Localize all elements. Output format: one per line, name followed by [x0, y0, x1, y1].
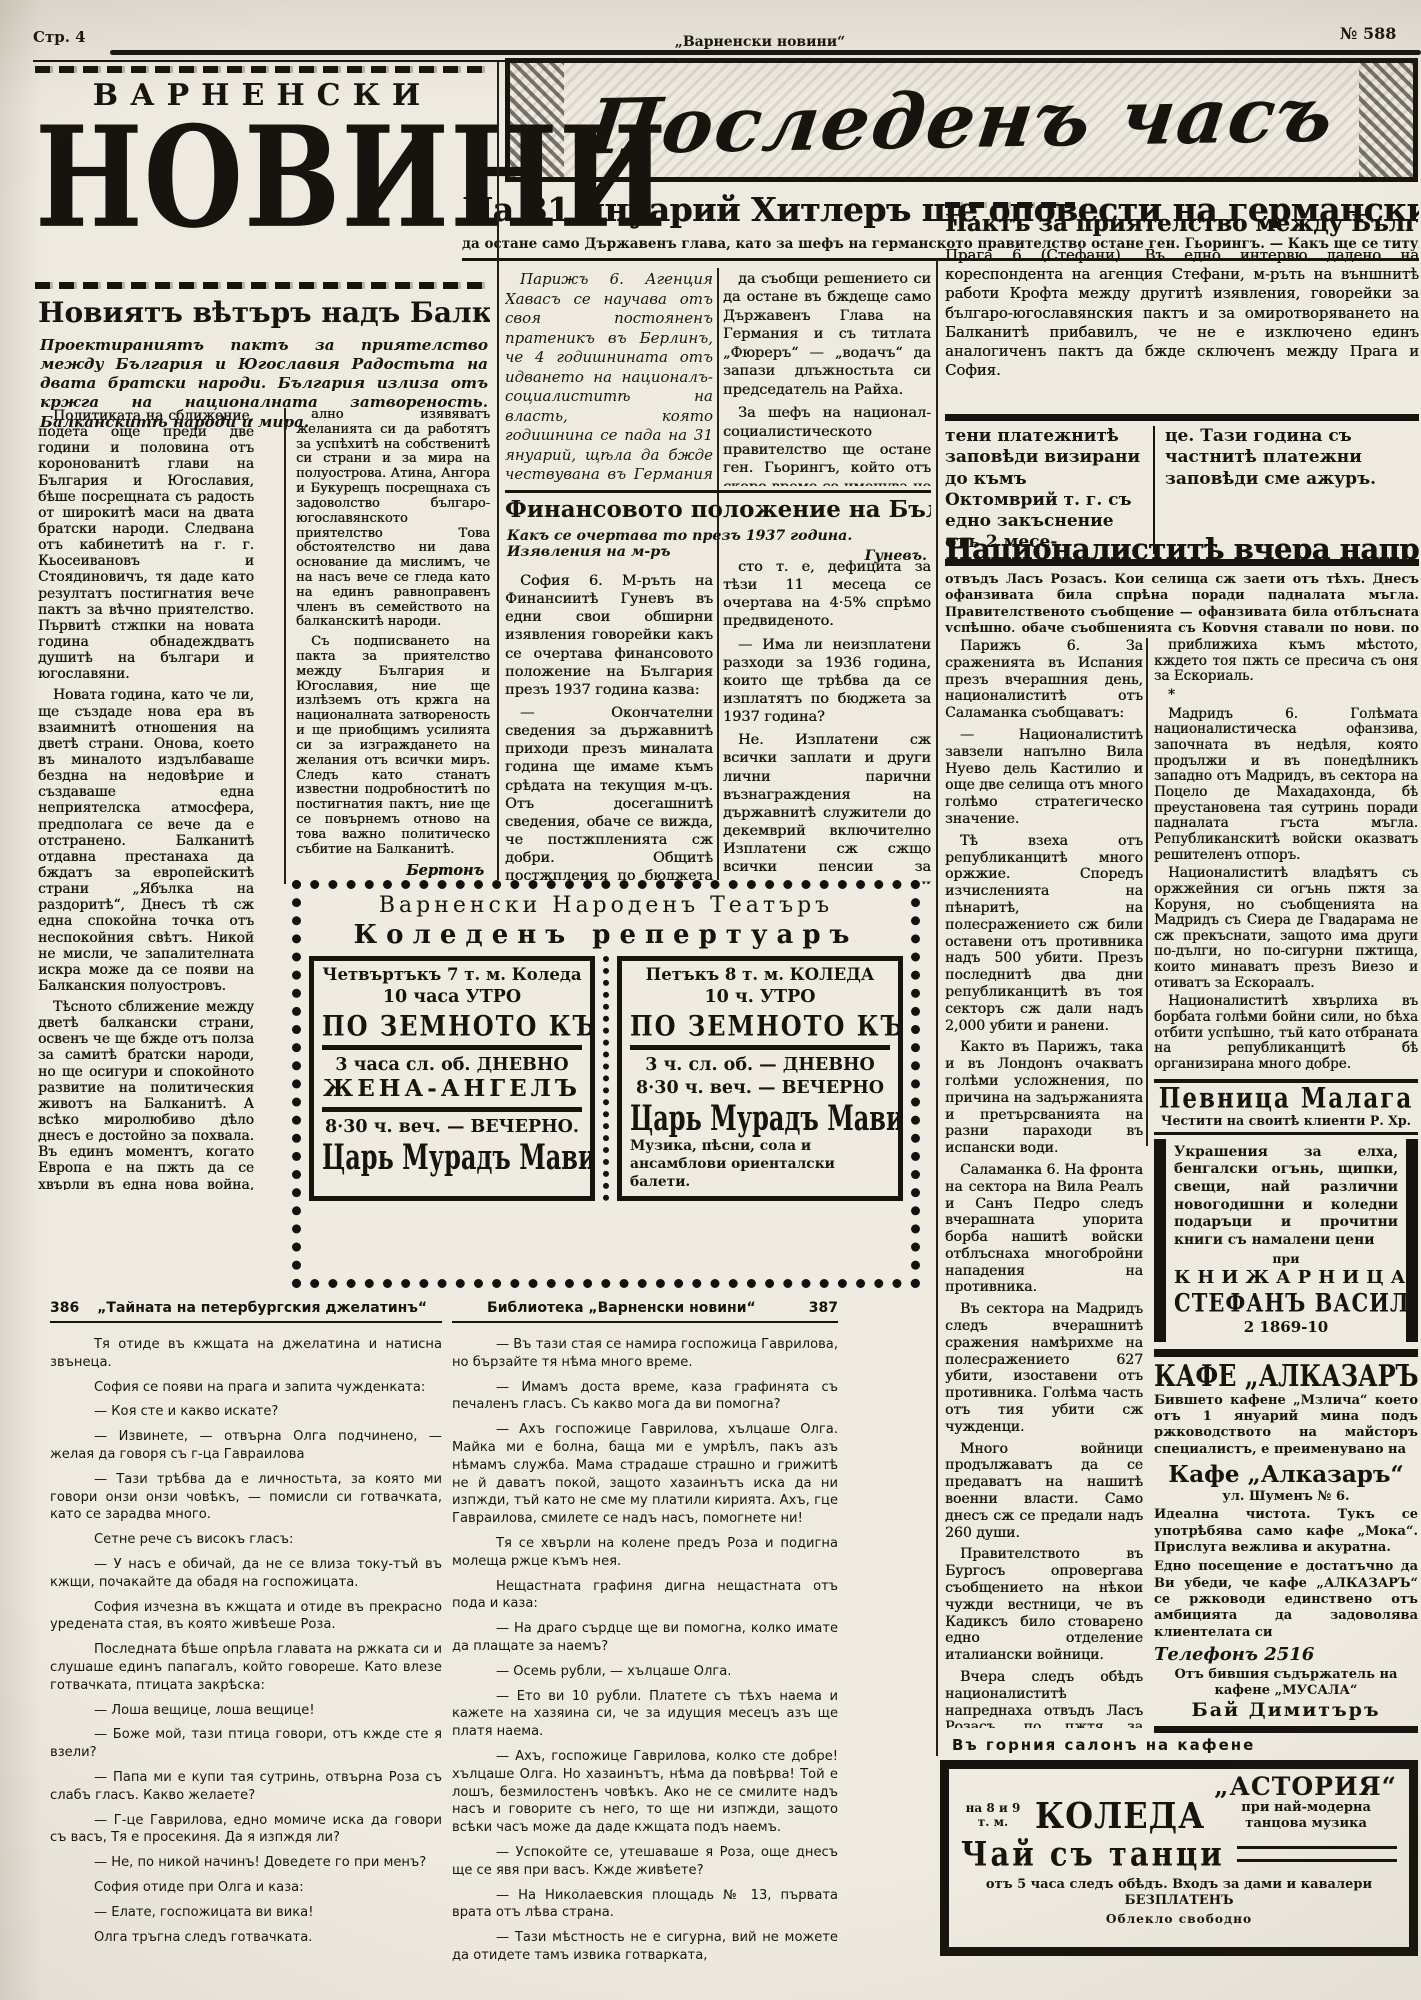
astoria-main-title: Чай съ танци [961, 1834, 1225, 1873]
left-article-headline: Новиятъ вѣтъръ надъ Балканитѣ [38, 296, 490, 329]
paragraph: — Ахъ, госпожице Гаврилова, колко сте до… [452, 1748, 838, 1837]
astoria-main-row: Чай съ танци [961, 1837, 1397, 1871]
paragraph: — Г-це Гаврилова, едно момиче иска да го… [50, 1812, 442, 1848]
paragraph: — Коя сте и какво искате? [50, 1403, 442, 1421]
theater-ad-box: Варненски Народенъ Театъръ Коледенъ репе… [292, 880, 920, 1288]
thursday-afternoon-show: ЖЕНА-АНГЕЛЪ [322, 1075, 582, 1102]
bookstore-ad-store: КНИЖАРНИЦА [1174, 1267, 1398, 1288]
friday-morning-time: 10 ч. УТРО [630, 987, 890, 1007]
friday-date: Петъкъ 8 т. м. КОЛЕДА [630, 965, 890, 984]
paragraph: — На Николаевския площадь № 13, първата … [452, 1887, 838, 1923]
paragraph: Нещастната графиня дигна нещастната отъ … [452, 1578, 838, 1614]
bookstore-ad: Украшения за елха, бенгалски огънь, щипк… [1154, 1139, 1418, 1342]
thursday-evening-show: Царь Мурадъ Мави думаше... [322, 1135, 582, 1177]
paris-dispatch-text: Парижъ 6. Агенция Хавасъ се научава отъ … [505, 270, 713, 486]
astoria-ad-box: „АСТОРИЯ“ на 8 и 9 т. м. КОЛЕДА при най-… [940, 1760, 1418, 1956]
friday-afternoon-time: 3 ч. сл. об. — ДНЕВНО [630, 1055, 890, 1075]
thursday-evening-time: 8·30 ч. веч. — ВЕЧЕРНО. [322, 1117, 582, 1137]
cafe-ad-signature-line: Отъ бившия съдържатель на кафене „МУСАЛА… [1154, 1667, 1418, 1698]
paragraph: Не. Изплатени сж всички заплати и други … [723, 731, 931, 884]
finance-headline: Финансовото положение на България [505, 496, 931, 523]
finance-column-2: сто т. е, дефицита за тѣзи 11 месеца се … [723, 558, 931, 884]
paris-dispatch-column: Парижъ 6. Агенция Хавасъ се научава отъ … [505, 270, 713, 486]
theater-friday-panel: Петъкъ 8 т. м. КОЛЕДА 10 ч. УТРО ПО ЗЕМН… [617, 956, 903, 1201]
cafe-ad-address: ул. Шуменъ № 6. [1154, 1489, 1418, 1504]
paragraph: Тѣ взеха отъ републиканцитѣ много оржжие… [945, 833, 1143, 1035]
masthead-ornament-bottom [35, 282, 490, 289]
finance-column-1: София 6. М-ръть на Финансиитѣ Гуневъ въ … [505, 572, 713, 884]
malaga-ad-title: Певница Малага [1154, 1082, 1418, 1114]
running-title: „Варненски новини“ [560, 34, 960, 50]
paragraph: София отиде при Олга и каза: [50, 1879, 442, 1897]
malaga-tavern-ad: Певница Малага Честити на своитѣ клиенти… [1154, 1079, 1418, 1135]
last-hour-banner: Последенъ часъ [505, 58, 1418, 182]
issue-number: № 588 [1340, 24, 1396, 43]
left-article-column-2: ално изявяватъ желанията си да работятъ … [296, 408, 490, 886]
astoria-decorative-lines [1237, 1846, 1397, 1862]
paragraph: Тя се хвърли на колене предъ Роза и поди… [452, 1535, 838, 1571]
paragraph: Мадридъ 6. Голѣмата националистическа оф… [1154, 707, 1418, 864]
serial-library-name: Библиотека „Варненски новини“ [452, 1300, 791, 1316]
paragraph: Националиститѣ владѣятъ съ оржжейния си … [1154, 866, 1418, 991]
paragraph: — Лоша вещице, лоша вещице! [50, 1702, 442, 1720]
paragraph: — Въ тази стая се намира госпожица Гаври… [452, 1336, 838, 1372]
cafe-ad-title: КАФЕ „АЛКАЗАРЪ“ [1154, 1357, 1418, 1393]
column-divider [1146, 638, 1148, 1146]
pact-body: Прага 6 (Стефани). Въ едно интервю даден… [945, 246, 1419, 410]
malaga-ad-greeting: Честити на своитѣ клиенти Р. Хр. [1154, 1113, 1418, 1128]
panel-rule [322, 1045, 582, 1050]
newspaper-page: Стр. 4 „Варненски новини“ № 588 ВАРНЕНСК… [0, 0, 1421, 2000]
serial-right-text: — Въ тази стая се намира госпожица Гаври… [452, 1336, 838, 1965]
cafe-ad-body2: Идеална чистота. Тукъ се употрѣбява само… [1154, 1507, 1418, 1556]
theater-panels: Четвъртъкъ 7 т. м. Коледа 10 часа УТРО П… [309, 956, 903, 1201]
friday-program-note: Музика, пѣсни, сола и ансамблови ориента… [630, 1138, 890, 1192]
astoria-details: отъ 5 часа следъ обѣдъ. Входъ за дами и … [961, 1877, 1397, 1910]
paragraph: — Тази трѣбва да е личностьта, за която … [50, 1471, 442, 1524]
paragraph: Новата година, като че ли, ще създаде но… [38, 687, 254, 994]
cafe-ad-body1: Бившето кафене „Мзлича“ което отъ 1 януа… [1154, 1393, 1418, 1459]
paragraph: — Елате, госпожицата ви вика! [50, 1904, 442, 1922]
left-article-column-2-text: ално изявяватъ желанията си да работятъ … [296, 408, 490, 857]
paragraph: — Извинете, — отвърна Олга подчинено, — … [50, 1428, 442, 1464]
astoria-music-note: при най-модерна танцова музика [1215, 1800, 1397, 1831]
thursday-afternoon-time: 3 часа сл. об. ДНЕВНО [322, 1055, 582, 1075]
paragraph: Въ сектора на Мадридъ следъ вчерашнитѣ с… [945, 1301, 1143, 1435]
serial-right-page-number: 387 [809, 1300, 838, 1316]
paragraph: * [1154, 688, 1418, 704]
bookstore-ad-at: при [1174, 1251, 1398, 1266]
theater-repertoire-title: Коледенъ репертуаръ [309, 920, 903, 950]
paragraph: Правителството въ Бургосъ опровергава съ… [945, 1546, 1143, 1664]
serial-novel-left-page: 386 „Тайната на петербургския джелатинъ“… [50, 1300, 442, 1990]
cafe-alkazar-ad: КАФЕ „АЛКАЗАРЪ“ Бившето кафене „Мзлича“ … [1154, 1349, 1418, 1734]
cafe-ad-phone: Телефонъ 2516 [1154, 1644, 1418, 1665]
serial-left-text: Тя отиде въ кжщата на джелатина и натисн… [50, 1336, 442, 1946]
paragraph: — У насъ е обичай, да не се влиза току-т… [50, 1556, 442, 1592]
paragraph: — Ахъ госпожице Гаврилова, хълцаше Олга.… [452, 1421, 838, 1528]
paragraph: — Имамъ доста време, каза графинята съ п… [452, 1379, 838, 1415]
serial-left-page-number: 386 [50, 1300, 79, 1316]
paragraph: Много войници продължаватъ да се предава… [945, 1441, 1143, 1542]
serial-novel-right-page: Библиотека „Варненски новини“ 387 — Въ т… [452, 1300, 838, 1990]
paragraph: — Успокойте се, утешаваше я Роза, още дн… [452, 1844, 838, 1880]
paragraph: ално изявяватъ желанията си да работятъ … [296, 408, 490, 630]
column-divider [497, 62, 499, 886]
paragraph: София се появи на прага и запита чужденк… [50, 1379, 442, 1397]
thursday-morning-show: ПО ЗЕМНОТО КЪЛБО [322, 1009, 582, 1042]
header-rule [110, 50, 1421, 55]
astoria-dates: на 8 и 9 т. м. [961, 1802, 1025, 1830]
thursday-morning-time: 10 часа УТРО [322, 987, 582, 1007]
paragraph: — Папа ми е купи тая сутринь, отвърна Ро… [50, 1769, 442, 1805]
cafe-ad-owner-name: Бай Димитъръ [1154, 1699, 1418, 1721]
cafe-ad-body3: Едно посещение е достатъчно да Ви убеди,… [1154, 1559, 1418, 1641]
paragraph: — Ето ви 10 рубли. Платете съ тѣхъ наема… [452, 1688, 838, 1741]
nationalists-column-2: приближиха къмъ мѣстото, кждето тоя пжть… [1154, 638, 1418, 1756]
paragraph: София изчезна въ кжщата и отиде въ прекр… [50, 1599, 442, 1635]
left-article-byline: Бертонъ [296, 862, 484, 879]
bookstore-ad-phone: 2 1869-10 [1174, 1318, 1398, 1336]
paragraph: — Не, по никой начинъ! Доведете го при м… [50, 1854, 442, 1872]
friday-evening-time: 8·30 ч. веч. — ВЕЧЕРНО [630, 1078, 890, 1098]
paragraph: София 6. М-ръть на Финансиитѣ Гуневъ въ … [505, 572, 713, 699]
friday-morning-show: ПО ЗЕМНОТО КЪЛБО [630, 1009, 890, 1042]
paragraph: — Националиститѣ завзели напълно Вила Ну… [945, 727, 1143, 828]
serial-novel-title: „Тайната на петербургския джелатинъ“ [97, 1300, 442, 1316]
panel-rule [630, 1045, 890, 1050]
paragraph: — Има ли неизплатени разходи за 1936 год… [723, 636, 931, 727]
friday-evening-show: Царь Мурадъ Мави думаше... [630, 1096, 890, 1138]
serial-right-header: Библиотека „Варненски новини“ 387 [452, 1300, 838, 1323]
header-rule-thin [33, 60, 533, 62]
paragraph: Тѣсното сближение между дветѣ балкански … [38, 999, 254, 1190]
nationalists-column-2-text: приближиха къмъ мѣстото, кждето тоя пжть… [1154, 638, 1418, 1073]
paragraph: Сетне рече съ високъ гласъ: [50, 1531, 442, 1549]
nationalists-headline: Националиститѣ вчера напреднали [945, 532, 1419, 566]
nationalists-column-1: Парижъ 6. За сраженията въ Испания презъ… [945, 638, 1143, 1728]
astoria-ad-lead-in: Въ горния салонъ на кафене [952, 1736, 1255, 1754]
paragraph: Тя отиде въ кжщата на джелатина и натисн… [50, 1336, 442, 1372]
masthead-title: НОВИНИ [35, 110, 490, 246]
paragraph: Вчера следъ обѣдъ националиститѣ напредн… [945, 1669, 1143, 1728]
paragraph: Както въ Парижъ, така и въ Лондонъ очакв… [945, 1039, 1143, 1157]
paragraph: — Тази мѣстность не е сигурна, вий не мо… [452, 1929, 838, 1965]
paragraph: — На драго сърдце ще ви помогна, колко и… [452, 1620, 838, 1656]
pact-ornament [945, 202, 1075, 208]
column-divider [717, 268, 719, 886]
bookstore-ad-body: Украшения за елха, бенгалски огънь, щипк… [1174, 1144, 1398, 1250]
bookstore-ad-owner: СТЕФАНЪ ВАСИЛЕВЪ [1174, 1287, 1398, 1317]
theater-thursday-panel: Четвъртъкъ 7 т. м. Коледа 10 часа УТРО П… [309, 956, 595, 1201]
paragraph: Политиката на сближение, подета още пред… [38, 408, 254, 682]
thursday-date: Четвъртъкъ 7 т. м. Коледа [322, 965, 582, 984]
cafe-ad-name: Кафе „Алказаръ“ [1154, 1461, 1418, 1488]
paragraph: — Осемь рубли, — хълцаше Олга. [452, 1663, 838, 1681]
paragraph: сто т. е, дефицита за тѣзи 11 месеца се … [723, 558, 931, 631]
nationalists-subheadline: отвъдъ Ласъ Розасъ. Кои селища сж заети … [945, 572, 1419, 632]
left-article-column-1: Политиката на сближение, подета още пред… [38, 408, 254, 1190]
panel-separator [603, 956, 609, 1201]
paragraph: — Окончателни сведения за държавнитѣ при… [505, 704, 713, 884]
pact-headline: Пактъ за приятелство между България и Че… [945, 210, 1419, 237]
paragraph: Съ подписването на пакта за приятелство … [296, 635, 490, 857]
paragraph: Националиститѣ хвърлиха въ борбата голѣм… [1154, 994, 1418, 1072]
paragraph: Олга тръгна следъ готвачката. [50, 1929, 442, 1947]
theater-venue-name: Варненски Народенъ Театъръ [309, 893, 903, 918]
paragraph: За шефъ на национал-социалистическото пр… [723, 404, 931, 486]
astoria-event: КОЛЕДА [1035, 1795, 1205, 1837]
finance-section-rule [505, 490, 931, 493]
page-number-label: Стр. 4 [33, 28, 86, 46]
paragraph: Последната бѣше опрѣла главата на ржката… [50, 1641, 442, 1694]
astoria-event-row: на 8 и 9 т. м. КОЛЕДА при най-модерна та… [961, 1797, 1397, 1835]
main-story-continuation-column: да съобщи решението си да остане въ бжде… [723, 270, 931, 486]
panel-rule [322, 1107, 582, 1112]
paragraph: — Боже мой, тази птица говори, отъ кжде … [50, 1726, 442, 1762]
column-divider [284, 408, 286, 884]
astoria-dress-code: Облекло свободно [961, 1912, 1397, 1926]
serial-left-header: 386 „Тайната на петербургския джелатинъ“ [50, 1300, 442, 1323]
paragraph: Саламанка 6. На фронта на сектора на Вил… [945, 1162, 1143, 1296]
column-divider [936, 258, 938, 1756]
paragraph: Парижъ 6. За сраженията въ Испания презъ… [945, 638, 1143, 722]
masthead-ornament-top [35, 66, 490, 73]
paragraph: да съобщи решението си да остане въ бжде… [723, 270, 931, 399]
paragraph: приближиха къмъ мѣстото, кждето тоя пжть… [1154, 638, 1418, 685]
last-hour-banner-script: Последенъ часъ [558, 69, 1366, 172]
